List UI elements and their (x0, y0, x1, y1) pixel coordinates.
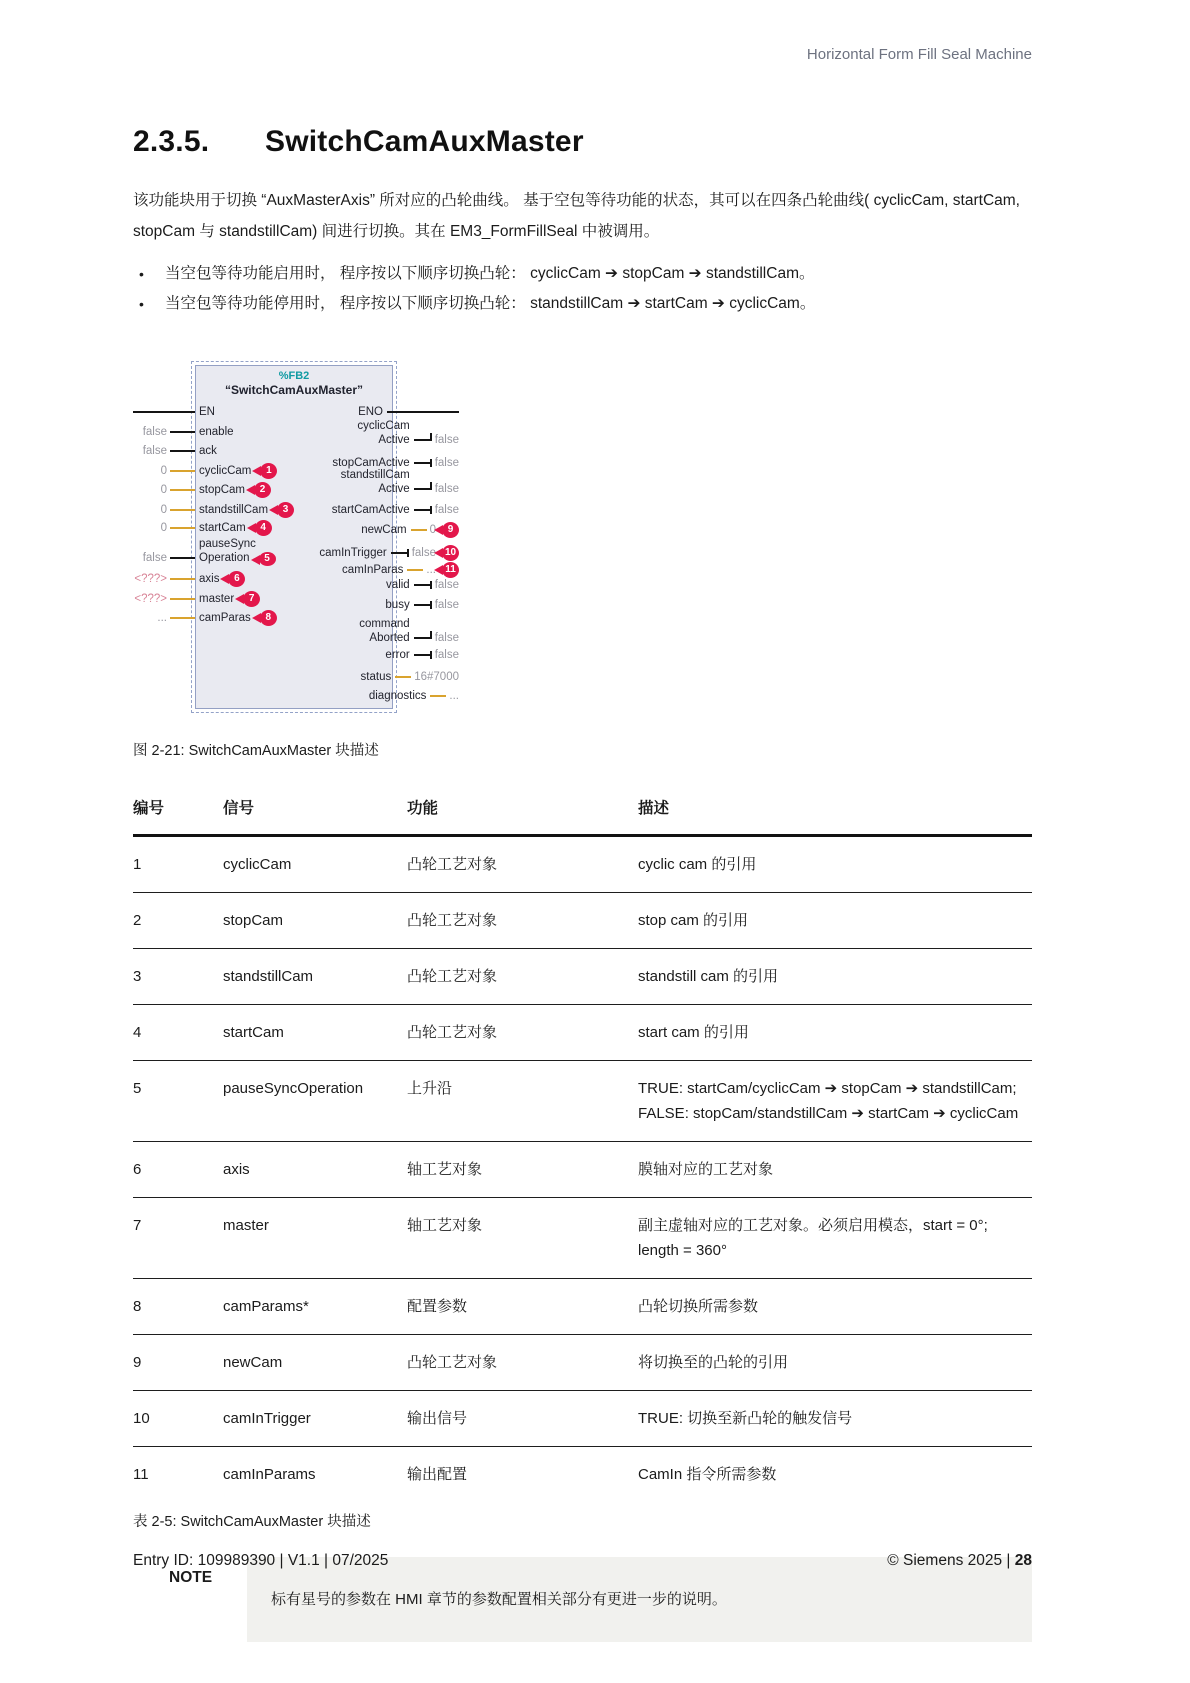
fb-output-label: busy (203, 598, 410, 612)
intro-paragraph: 该功能块用于切换 “AuxMasterAxis” 所对应的凸轮曲线。 基于空包等… (133, 185, 1038, 247)
table-row: 6 axis 轴工艺对象 膜轴对应的工艺对象 (133, 1142, 1032, 1198)
fb-output-label: standstillCam (203, 468, 410, 482)
cell-signal: camParams* (223, 1279, 407, 1335)
cell-signal: master (223, 1198, 407, 1279)
cell-function: 上升沿 (407, 1061, 638, 1142)
table-caption: 表 2-5: SwitchCamAuxMaster 块描述 (133, 1510, 1032, 1531)
fb-input-value: 0 (133, 483, 167, 497)
bullet-text: 当空包等待功能启用时， 程序按以下顺序切换凸轮： cyclicCam ➔ sto… (165, 259, 814, 289)
wire (170, 470, 195, 472)
bullet-text: 当空包等待功能停用时， 程序按以下顺序切换凸轮： standstillCam ➔… (165, 289, 815, 319)
table-row: 5 pauseSyncOperation 上升沿 TRUE: startCam/… (133, 1061, 1032, 1142)
wire (411, 529, 427, 531)
wire (395, 676, 411, 678)
cell-no: 1 (133, 836, 223, 893)
wire (414, 604, 430, 606)
fb-output-value: false (435, 433, 459, 447)
fb-output-value: 16#7000 (414, 670, 459, 684)
fb-title: “SwitchCamAuxMaster” (196, 383, 392, 397)
fb-output-label: camInTrigger (203, 546, 387, 560)
cell-function: 凸轮工艺对象 (407, 836, 638, 893)
cell-function: 凸轮工艺对象 (407, 1335, 638, 1391)
cell-description: CamIn 指令所需参数 (638, 1447, 1032, 1503)
fb-output-row: newCam 0 9 (203, 523, 459, 537)
wire (170, 431, 195, 433)
cell-no: 10 (133, 1391, 223, 1447)
cell-description: start cam 的引用 (638, 1005, 1032, 1061)
wire (170, 598, 195, 600)
cell-no: 11 (133, 1447, 223, 1503)
wire (414, 488, 430, 490)
table-row: 1 cyclicCam 凸轮工艺对象 cyclic cam 的引用 (133, 836, 1032, 893)
fb-input-value: 0 (133, 464, 167, 478)
wire (170, 617, 195, 619)
callout-marker: 10 (442, 545, 459, 561)
table-header-row: 编号 信号 功能 描述 (133, 786, 1032, 836)
footer-copyright: © Siemens 2025 | 28 (887, 1552, 1032, 1570)
fb-output-value: false (435, 598, 459, 612)
bullet-icon: • (133, 289, 165, 319)
wire (170, 578, 195, 580)
fb-output-label: valid (203, 578, 410, 592)
fb-output-value: false (412, 546, 436, 560)
wire (414, 637, 430, 639)
fb-input-value: <???> (133, 572, 167, 586)
fb-output-row: camInTrigger false 10 (203, 546, 459, 560)
cell-no: 2 (133, 893, 223, 949)
fb-input-value: 0 (133, 503, 167, 517)
cell-no: 9 (133, 1335, 223, 1391)
table-row: 9 newCam 凸轮工艺对象 将切换至的凸轮的引用 (133, 1335, 1032, 1391)
fb-output-label: error (203, 648, 410, 662)
fb-output-value: false (435, 482, 459, 496)
page-number: 28 (1015, 1552, 1032, 1569)
fb-output-value: false (435, 648, 459, 662)
running-header: Horizontal Form Fill Seal Machine (133, 46, 1032, 63)
fb-output-value: false (435, 631, 459, 645)
fb-output-label: Active (203, 433, 410, 447)
cell-signal: pauseSyncOperation (223, 1061, 407, 1142)
cell-signal: cyclicCam (223, 836, 407, 893)
cell-function: 输出配置 (407, 1447, 638, 1503)
fb-output-row: status 16#7000 (203, 670, 459, 684)
cell-signal: newCam (223, 1335, 407, 1391)
cell-signal: stopCam (223, 893, 407, 949)
cell-description: cyclic cam 的引用 (638, 836, 1032, 893)
cell-function: 轴工艺对象 (407, 1198, 638, 1279)
wire (170, 489, 195, 491)
cell-function: 输出信号 (407, 1391, 638, 1447)
wire (414, 654, 430, 656)
wire (414, 584, 430, 586)
wire (407, 569, 423, 571)
fb-output-row: startCamActive false (203, 503, 459, 517)
note-text: 标有星号的参数在 HMI 章节的参数配置相关部分有更进一步的说明。 (271, 1591, 727, 1608)
fb-output-value: false (435, 503, 459, 517)
cell-description: stop cam 的引用 (638, 893, 1032, 949)
fb-output-label: status (203, 670, 391, 684)
cell-signal: camInParams (223, 1447, 407, 1503)
fb-output-row: diagnostics ... (203, 689, 459, 703)
fb-output-row: ENO (203, 405, 459, 419)
wire (414, 509, 430, 511)
fb-output-row: standstillCam Active false (203, 468, 459, 496)
function-block-diagram: %FB2 “SwitchCamAuxMaster” EN false enabl… (133, 345, 473, 725)
fb-input-value: ... (133, 611, 167, 625)
cell-signal: axis (223, 1142, 407, 1198)
wire (170, 509, 195, 511)
cell-description: TRUE: startCam/cyclicCam ➔ stopCam ➔ sta… (638, 1061, 1032, 1142)
figure-caption: 图 2-21: SwitchCamAuxMaster 块描述 (133, 739, 1032, 760)
cell-signal: standstillCam (223, 949, 407, 1005)
fb-input-value: false (133, 551, 167, 565)
fb-output-row: command Aborted false (203, 617, 459, 645)
fb-output-label: newCam (203, 523, 407, 537)
col-header: 描述 (638, 786, 1032, 836)
fb-output-label: camInParas (203, 563, 403, 577)
document-page: Horizontal Form Fill Seal Machine 2.3.5.… (0, 0, 1190, 1642)
wire (391, 552, 407, 554)
cell-description: standstill cam 的引用 (638, 949, 1032, 1005)
cell-no: 7 (133, 1198, 223, 1279)
wire (430, 695, 446, 697)
fb-output-row: busy false (203, 598, 459, 612)
cell-signal: camInTrigger (223, 1391, 407, 1447)
page-footer: Entry ID: 109989390 | V1.1 | 07/2025 © S… (133, 1552, 1032, 1570)
table-row: 8 camParams* 配置参数 凸轮切换所需参数 (133, 1279, 1032, 1335)
fb-output-row: error false (203, 648, 459, 662)
cell-description: 凸轮切换所需参数 (638, 1279, 1032, 1335)
fb-output-label: startCamActive (203, 503, 410, 517)
fb-input-value: false (133, 425, 167, 439)
bullet-icon: • (133, 259, 165, 289)
wire (133, 411, 195, 413)
fb-input-value: <???> (133, 592, 167, 606)
cell-function: 凸轮工艺对象 (407, 949, 638, 1005)
fb-input-value: 0 (133, 521, 167, 535)
table-row: 3 standstillCam 凸轮工艺对象 standstill cam 的引… (133, 949, 1032, 1005)
cell-signal: startCam (223, 1005, 407, 1061)
cell-description: TRUE: 切换至新凸轮的触发信号 (638, 1391, 1032, 1447)
fb-output-value: false (435, 578, 459, 592)
list-item: • 当空包等待功能停用时， 程序按以下顺序切换凸轮： standstillCam… (133, 289, 1032, 319)
wire (170, 557, 195, 559)
list-item: • 当空包等待功能启用时， 程序按以下顺序切换凸轮： cyclicCam ➔ s… (133, 259, 1032, 289)
cell-no: 3 (133, 949, 223, 1005)
cell-description: 副主虚轴对应的工艺对象。必须启用模态，start = 0°; length = … (638, 1198, 1032, 1279)
col-header: 功能 (407, 786, 638, 836)
wire (414, 462, 430, 464)
cell-no: 4 (133, 1005, 223, 1061)
col-header: 编号 (133, 786, 223, 836)
cell-no: 8 (133, 1279, 223, 1335)
wire (170, 450, 195, 452)
fb-output-label: Active (203, 482, 410, 496)
fb-output-row: camInParas ... 11 (203, 563, 459, 577)
table-row: 2 stopCam 凸轮工艺对象 stop cam 的引用 (133, 893, 1032, 949)
cell-function: 配置参数 (407, 1279, 638, 1335)
fb-output-label: command (203, 617, 410, 631)
cell-no: 5 (133, 1061, 223, 1142)
callout-marker: 11 (442, 562, 459, 578)
cell-description: 膜轴对应的工艺对象 (638, 1142, 1032, 1198)
fb-output-row: cyclicCam Active false (203, 419, 459, 447)
section-number: 2.3.5. (133, 125, 265, 159)
wire (170, 527, 195, 529)
col-header: 信号 (223, 786, 407, 836)
cell-function: 轴工艺对象 (407, 1142, 638, 1198)
wire (414, 439, 430, 441)
table-row: 4 startCam 凸轮工艺对象 start cam 的引用 (133, 1005, 1032, 1061)
fb-instance-label: %FB2 (196, 370, 392, 382)
callout-marker: 9 (442, 522, 459, 538)
bullet-list: • 当空包等待功能启用时， 程序按以下顺序切换凸轮： cyclicCam ➔ s… (133, 259, 1032, 319)
cell-function: 凸轮工艺对象 (407, 1005, 638, 1061)
fb-input-value: false (133, 444, 167, 458)
section-title: 2.3.5. SwitchCamAuxMaster (133, 125, 1032, 159)
section-title-text: SwitchCamAuxMaster (265, 125, 584, 159)
wire (387, 411, 459, 413)
cell-function: 凸轮工艺对象 (407, 893, 638, 949)
fb-output-row: valid false (203, 578, 459, 592)
cell-no: 6 (133, 1142, 223, 1198)
fb-output-label: diagnostics (203, 689, 426, 703)
fb-output-label: ENO (203, 405, 383, 419)
table-row: 11 camInParams 输出配置 CamIn 指令所需参数 (133, 1447, 1032, 1503)
fb-output-label: cyclicCam (203, 419, 410, 433)
fb-output-value: ... (449, 689, 459, 703)
table-row: 7 master 轴工艺对象 副主虚轴对应的工艺对象。必须启用模态，start … (133, 1198, 1032, 1279)
fb-output-label: Aborted (203, 631, 410, 645)
signal-table: 编号 信号 功能 描述 1 cyclicCam 凸轮工艺对象 cyclic ca… (133, 786, 1032, 1502)
footer-entry-id: Entry ID: 109989390 | V1.1 | 07/2025 (133, 1552, 388, 1570)
cell-description: 将切换至的凸轮的引用 (638, 1335, 1032, 1391)
table-row: 10 camInTrigger 输出信号 TRUE: 切换至新凸轮的触发信号 (133, 1391, 1032, 1447)
